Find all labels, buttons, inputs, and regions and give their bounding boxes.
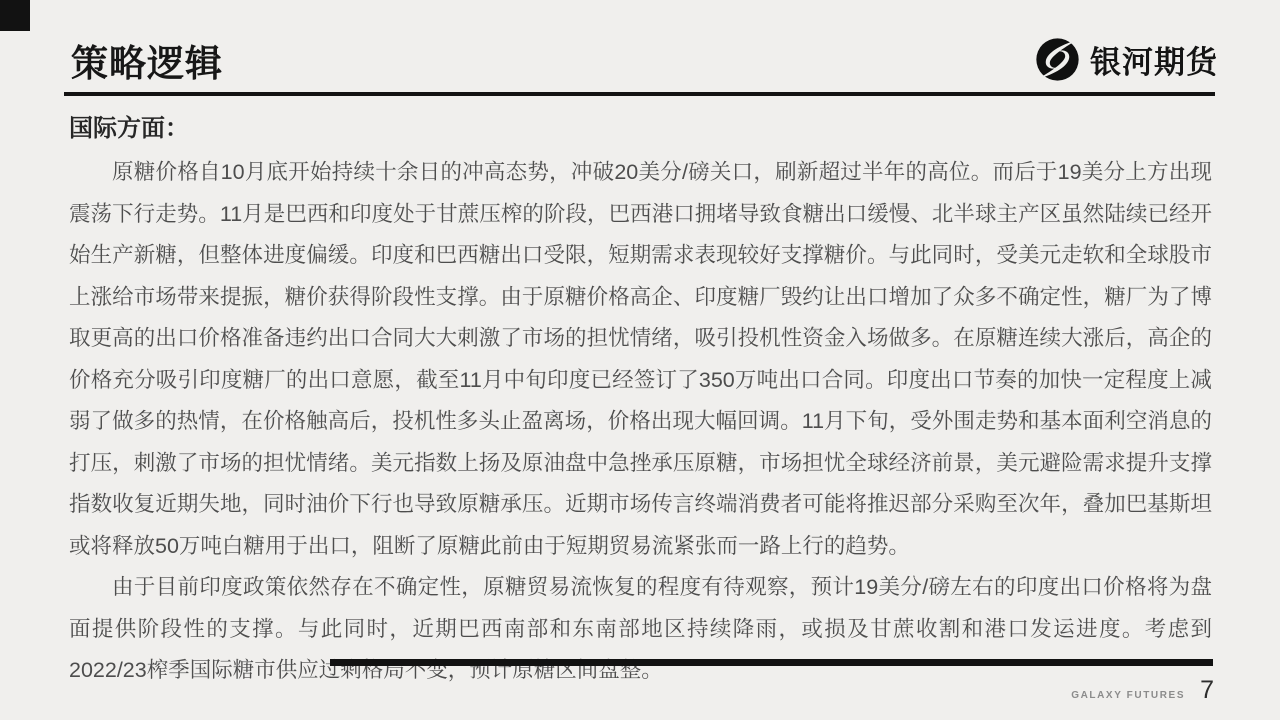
paragraph-international-1: 原糖价格自10月底开始持续十余日的冲高态势，冲破20美分/磅关口，刷新超过半年的… — [69, 152, 1212, 567]
galaxy-swirl-icon — [1034, 37, 1081, 82]
page-title: 策略逻辑 — [71, 33, 223, 87]
paragraph-international-2: 由于目前印度政策依然存在不确定性，原糖贸易流恢复的程度有待观察，预计19美分/磅… — [69, 567, 1212, 692]
section-heading: 国际方面： — [69, 108, 1212, 143]
footer-brand: GALAXY FUTURES — [1071, 690, 1185, 701]
galaxy-futures-logo: 银河期货 — [1034, 37, 1218, 82]
corner-accent-block — [0, 0, 30, 31]
logo-text: 银河期货 — [1090, 37, 1218, 82]
footer-divider-bar — [330, 659, 1213, 666]
slide: 策略逻辑 银河期货 国际方面： 原糖价格自10月底开始持续十余日的冲高态势，冲破… — [0, 0, 1280, 720]
title-divider — [64, 92, 1215, 96]
content-area: 国际方面： 原糖价格自10月底开始持续十余日的冲高态势，冲破20美分/磅关口，刷… — [69, 108, 1212, 692]
page-number: 7 — [1200, 676, 1214, 705]
footer: GALAXY FUTURES 7 — [1071, 676, 1214, 705]
